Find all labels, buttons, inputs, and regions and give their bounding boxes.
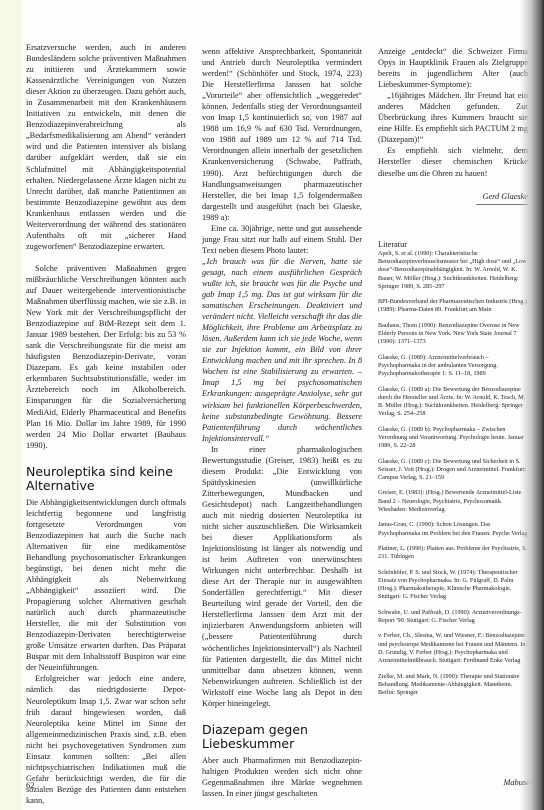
- author-signature: Gerd Glaeske: [378, 191, 528, 202]
- reference-item: v. Ferber, Ch., Slesina, W. und Wiesner,…: [378, 632, 528, 665]
- literature-heading: Literatur: [378, 239, 528, 250]
- paragraph: Aber auch Pharmafirmen mit Benzodiazepin…: [202, 755, 362, 799]
- reference-item: Glaeske, G. (1989 b): Psychopharmaka – Z…: [378, 426, 528, 451]
- page-margin: [0, 0, 22, 810]
- paragraph: „16jähriges Mädchen. Ihr Freund hat ein …: [378, 90, 528, 145]
- paragraph: In einer pharmakologischen Bewertungsstu…: [202, 444, 362, 709]
- reference-item: Glaeske, G. (1989 a): Die Bewertung der …: [378, 386, 528, 419]
- section-heading: Neuroleptika sind keine Alternative: [26, 465, 186, 493]
- paragraph: Die Abhängigkeitsentwicklungen durch oft…: [26, 497, 186, 674]
- paragraph: Erfolgreicher war jedoch eine andere, nä…: [26, 673, 186, 806]
- book-spine-shadow: [520, 0, 544, 810]
- paragraph: Es empfiehlt sich vielmehr, dem Herstell…: [378, 145, 528, 178]
- reference-item: Schönhöfer, P. S. und Stock, W. (1974): …: [378, 569, 528, 602]
- column-middle: wenn affektive Ansprechbarkeit, Spontane…: [202, 46, 362, 799]
- paragraph: Eine ca. 30jährige, nette und gut ausseh…: [202, 223, 362, 256]
- reference-item: BPI-Bundesverband der Pharmazeutischen I…: [378, 298, 528, 315]
- paragraph: Anzeige „entdeckt“ die Schweizer Firma O…: [378, 46, 528, 90]
- reference-item: Glaeske, G. (1989): Arzneimittelverbrauc…: [378, 354, 528, 379]
- reference-list: Apelt, S. et al. (1990): Charakteristisc…: [378, 250, 528, 698]
- ad-quote: „Ich brauch was für die Nerven, hatte si…: [202, 256, 362, 444]
- paragraph: Solche präventiven Maßnahmen gegen mißbr…: [26, 263, 186, 451]
- reference-item: Apelt, S. et al. (1990): Charakteristisc…: [378, 250, 528, 291]
- paragraph: wenn affektive Ansprechbarkeit, Spontane…: [202, 46, 362, 223]
- page-number: 62: [26, 780, 35, 790]
- reference-item: Schwabe, U. und Paffrath, D. (1990): Arz…: [378, 609, 528, 626]
- section-heading: Diazepam gegen Liebeskummer: [202, 723, 362, 751]
- reference-item: Janus-Gran, C. (1990): Schon Lösungen. D…: [378, 521, 528, 538]
- paragraph: Ersatzversuche werden, auch in anderen B…: [26, 42, 186, 252]
- reference-item: Bauhaus, Thom (1990): Benzodiazepine Ove…: [378, 322, 528, 347]
- column-left: Ersatzversuche werden, auch in anderen B…: [26, 42, 186, 806]
- reference-item: Greiser, E. (1983): (Hrsg.) Bewertende A…: [378, 489, 528, 514]
- reference-item: Plattner, L. (1990): Platten aus. Proble…: [378, 545, 528, 562]
- column-right: Anzeige „entdeckt“ die Schweizer Firma O…: [378, 46, 528, 704]
- reference-item: Glaeske, G. (1989 c): Die Bewertung und …: [378, 458, 528, 483]
- reference-item: Zielke, M. und Mark, N. (1990): Therapie…: [378, 673, 528, 698]
